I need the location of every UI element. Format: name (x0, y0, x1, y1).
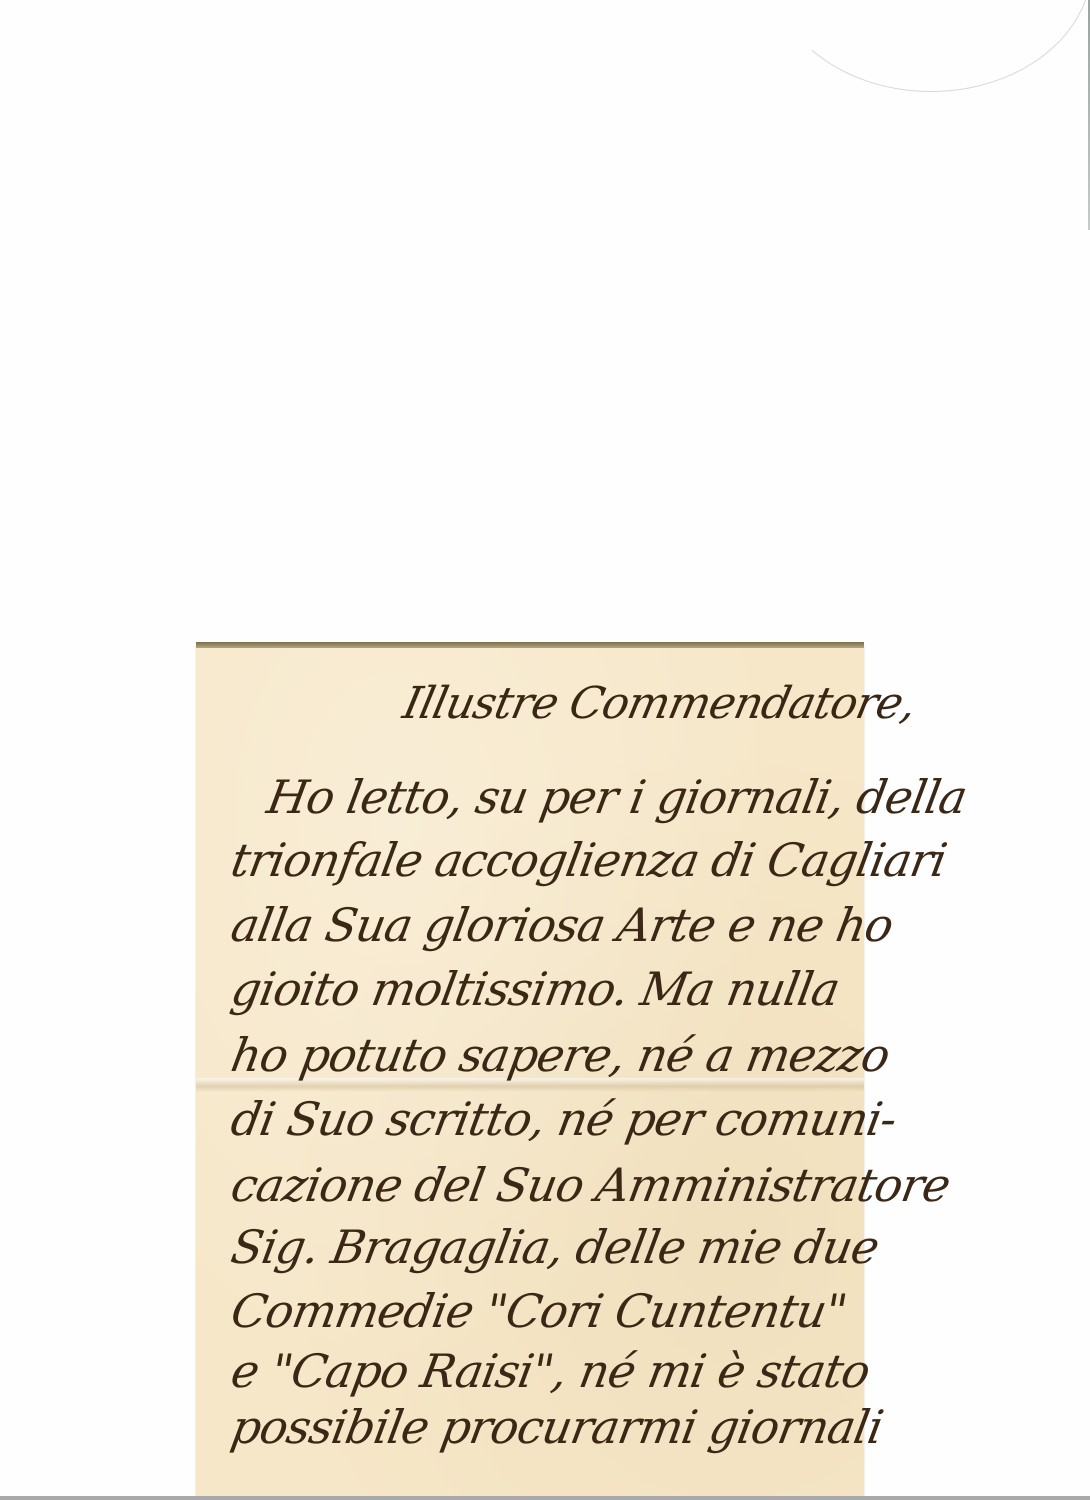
scan-bottom-edge (0, 1496, 1090, 1500)
scan-artifact-arc (770, 0, 1090, 92)
letter-line: possibile procurarmi giornali (227, 1400, 887, 1454)
letter-line: Sig. Bragaglia, delle mie due (227, 1220, 882, 1274)
letter-line: gioito moltissimo. Ma nulla (227, 962, 843, 1016)
letter-line: Commedie "Cori Cuntentu" (227, 1284, 850, 1338)
paper-top-edge (196, 642, 864, 648)
letter-line: di Suo scritto, né per comuni- (227, 1092, 900, 1146)
letter-line: e "Capo Raisi", né mi è stato (227, 1344, 873, 1398)
letter-line: Ho letto, su per i giornali, della (263, 770, 970, 824)
letter-line: trionfale accoglienza di Cagliari (227, 833, 950, 887)
letter-line: cazione del Suo Amministratore (227, 1158, 954, 1212)
letter-line: alla Sua gloriosa Arte e ne ho (227, 898, 897, 952)
letter-line: ho potuto sapere, né a mezzo (227, 1028, 893, 1082)
letter-salutation: Illustre Commendatore, (399, 678, 921, 729)
